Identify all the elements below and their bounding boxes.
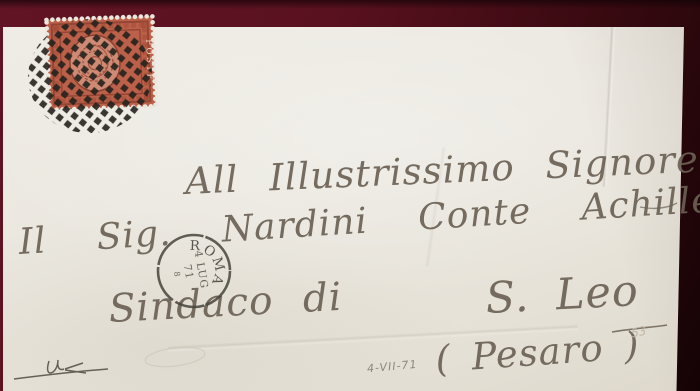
postmark-date-block: 4 LUG 71 8 <box>169 250 210 294</box>
address-line-town: S. Leo <box>484 266 640 324</box>
roma-circular-datestamp: R O M A 4 LUG 71 8 <box>152 229 236 313</box>
stamp-corner-ornament <box>141 23 146 28</box>
postmark-hour: 8 <box>172 271 182 278</box>
postmark-date-year: 71 <box>181 263 195 280</box>
postmark-letter: A <box>208 271 227 287</box>
photo-mat-background: POSTE All Illustrissimo Signore Il Sig. … <box>0 0 700 391</box>
postmark-letter: M <box>208 255 227 273</box>
stamp-and-cancel-area: POSTE <box>18 10 168 140</box>
